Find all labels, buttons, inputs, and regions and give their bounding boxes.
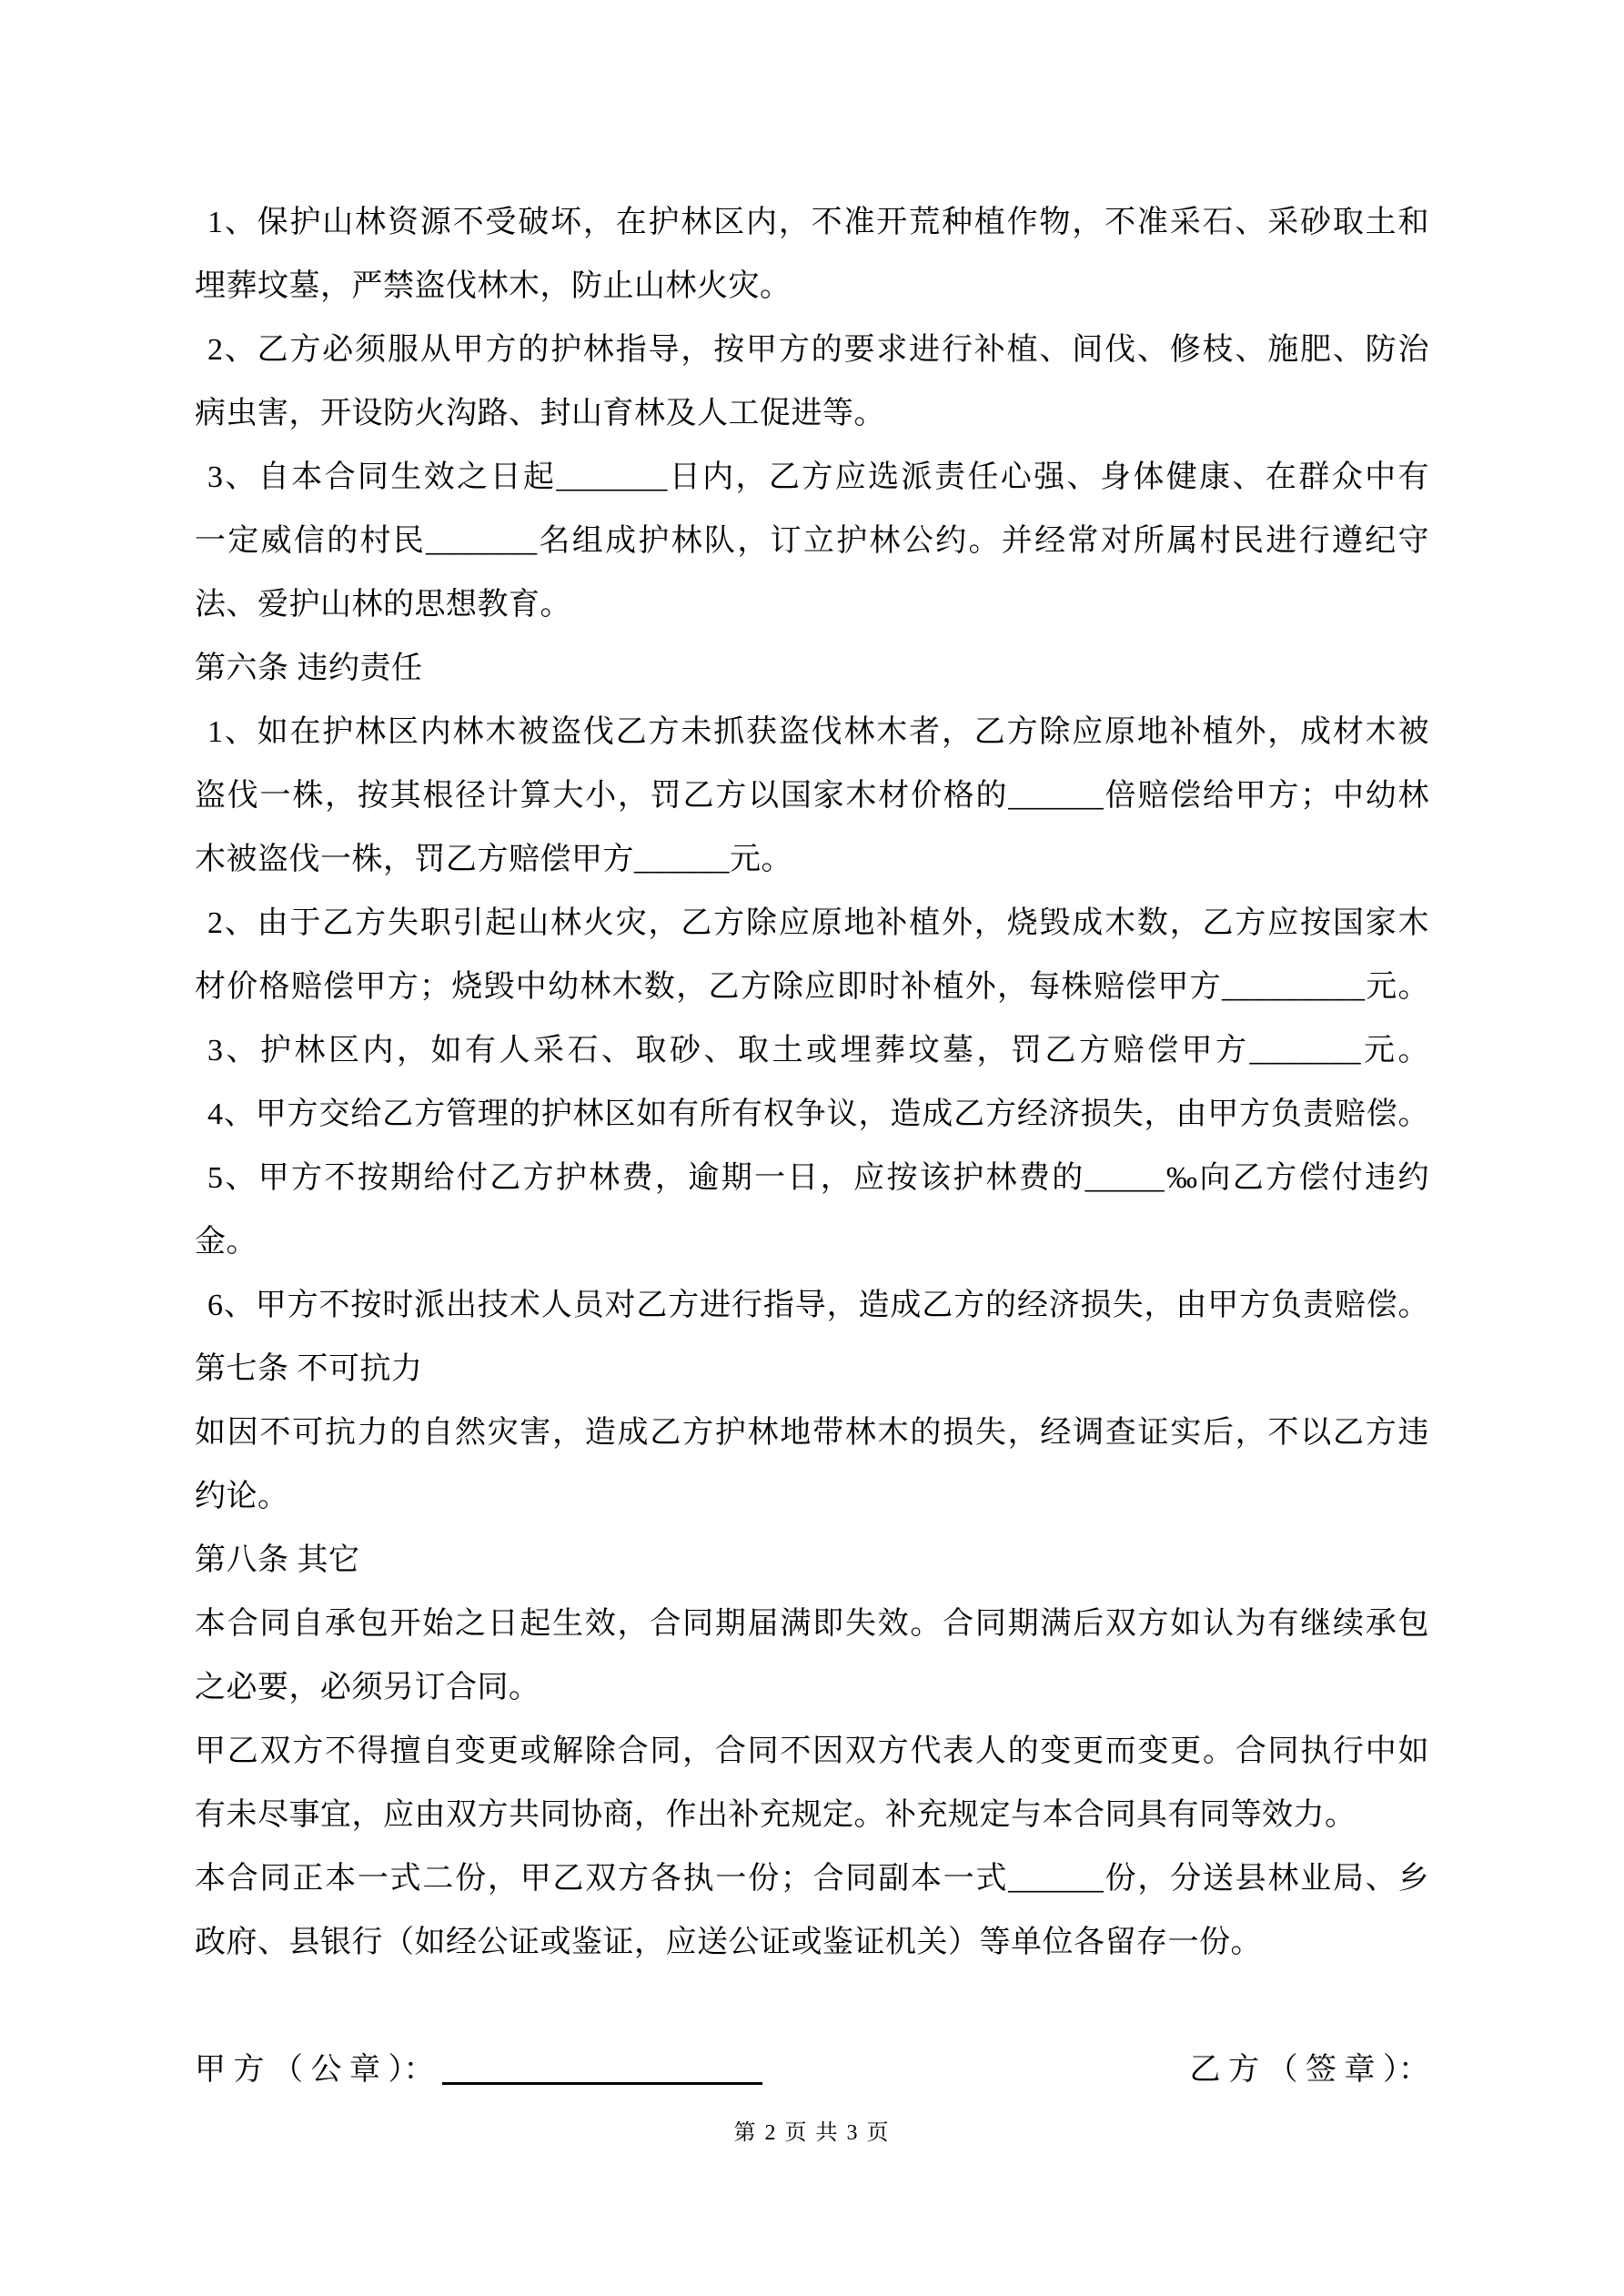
contract-page: 1、保护山林资源不受破坏，在护林区内，不准开荒种植作物，不准采石、采砂取土和埋葬… bbox=[0, 0, 1624, 2296]
doc-line: 1、保护山林资源不受破坏，在护林区内，不准开荒种植作物，不准采石、采砂取土和 bbox=[195, 191, 1429, 255]
doc-line: 2、乙方必须服从甲方的护林指导，按甲方的要求进行补植、间伐、修枝、施肥、防治 bbox=[195, 319, 1429, 382]
doc-line: 政府、县银行（如经公证或鉴证，应送公证或鉴证机关）等单位各留存一份。 bbox=[195, 1911, 1429, 1975]
doc-line: 盗伐一株，按其根径计算大小，罚乙方以国家木材价格的______倍赔偿给甲方；中幼… bbox=[195, 764, 1429, 828]
doc-line: 1、如在护林区内林木被盗伐乙方未抓获盗伐林木者，乙方除应原地补植外，成材木被 bbox=[195, 701, 1429, 764]
doc-line: 5、甲方不按期给付乙方护林费，逾期一日，应按该护林费的_____‰向乙方偿付违约 bbox=[195, 1147, 1429, 1210]
doc-line: 法、爱护山林的思想教育。 bbox=[195, 573, 1429, 637]
doc-line: 一定威信的村民_______名组成护林队，订立护林公约。并经常对所属村民进行遵纪… bbox=[195, 510, 1429, 573]
doc-line: 如因不可抗力的自然灾害，造成乙方护林地带林木的损失，经调查证实后，不以乙方违 bbox=[195, 1401, 1429, 1465]
party-a-signature: 甲 方 （ 公 章 ）： bbox=[195, 2038, 762, 2102]
doc-line: 甲乙双方不得擅自变更或解除合同，合同不因双方代表人的变更而变更。合同执行中如 bbox=[195, 1720, 1429, 1784]
doc-line: 材价格赔偿甲方；烧毁中幼林木数，乙方除应即时补植外，每株赔偿甲方________… bbox=[195, 956, 1429, 1019]
party-a-label: 甲 方 （ 公 章 ）： bbox=[195, 2053, 435, 2087]
page-footer: 第 2 页 共 3 页 bbox=[0, 2113, 1624, 2153]
doc-line: 埋葬坟墓，严禁盗伐林木，防止山林火灾。 bbox=[195, 255, 1429, 319]
doc-line: 6、甲方不按时派出技术人员对乙方进行指导，造成乙方的经济损失，由甲方负责赔偿。 bbox=[195, 1274, 1429, 1338]
doc-line: 4、甲方交给乙方管理的护林区如有所有权争议，造成乙方经济损失，由甲方负责赔偿。 bbox=[195, 1083, 1429, 1147]
doc-line: 2、由于乙方失职引起山林火灾，乙方除应原地补植外，烧毁成木数，乙方应按国家木 bbox=[195, 892, 1429, 956]
doc-line: 3、自本合同生效之日起_______日内，乙方应选派责任心强、身体健康、在群众中… bbox=[195, 446, 1429, 510]
party-b-signature: 乙 方 （ 签 章 ）： bbox=[1190, 2038, 1430, 2102]
doc-line: 约论。 bbox=[195, 1465, 1429, 1529]
doc-line: 本合同正本一式二份，甲乙双方各执一份；合同副本一式______份，分送县林业局、… bbox=[195, 1847, 1429, 1911]
doc-line: 本合同自承包开始之日起生效，合同期届满即失效。合同期满后双方如认为有继续承包 bbox=[195, 1593, 1429, 1656]
contract-body: 1、保护山林资源不受破坏，在护林区内，不准开荒种植作物，不准采石、采砂取土和埋葬… bbox=[195, 191, 1429, 1975]
section-heading: 第七条 不可抗力 bbox=[195, 1338, 1429, 1401]
doc-line: 病虫害，开设防火沟路、封山育林及人工促进等。 bbox=[195, 382, 1429, 446]
section-heading: 第八条 其它 bbox=[195, 1529, 1429, 1593]
party-a-signature-line bbox=[442, 2048, 762, 2085]
section-heading: 第六条 违约责任 bbox=[195, 637, 1429, 701]
doc-line: 金。 bbox=[195, 1210, 1429, 1274]
doc-line: 有未尽事宜，应由双方共同协商，作出补充规定。补充规定与本合同具有同等效力。 bbox=[195, 1784, 1429, 1847]
party-b-label: 乙 方 （ 签 章 ）： bbox=[1190, 2053, 1430, 2087]
signature-row: 甲 方 （ 公 章 ）： 乙 方 （ 签 章 ）： bbox=[195, 2038, 1429, 2102]
doc-line: 3、护林区内，如有人采石、取砂、取土或埋葬坟墓，罚乙方赔偿甲方_______元。 bbox=[195, 1019, 1429, 1083]
doc-line: 之必要，必须另订合同。 bbox=[195, 1656, 1429, 1720]
doc-line: 木被盗伐一株，罚乙方赔偿甲方______元。 bbox=[195, 828, 1429, 892]
